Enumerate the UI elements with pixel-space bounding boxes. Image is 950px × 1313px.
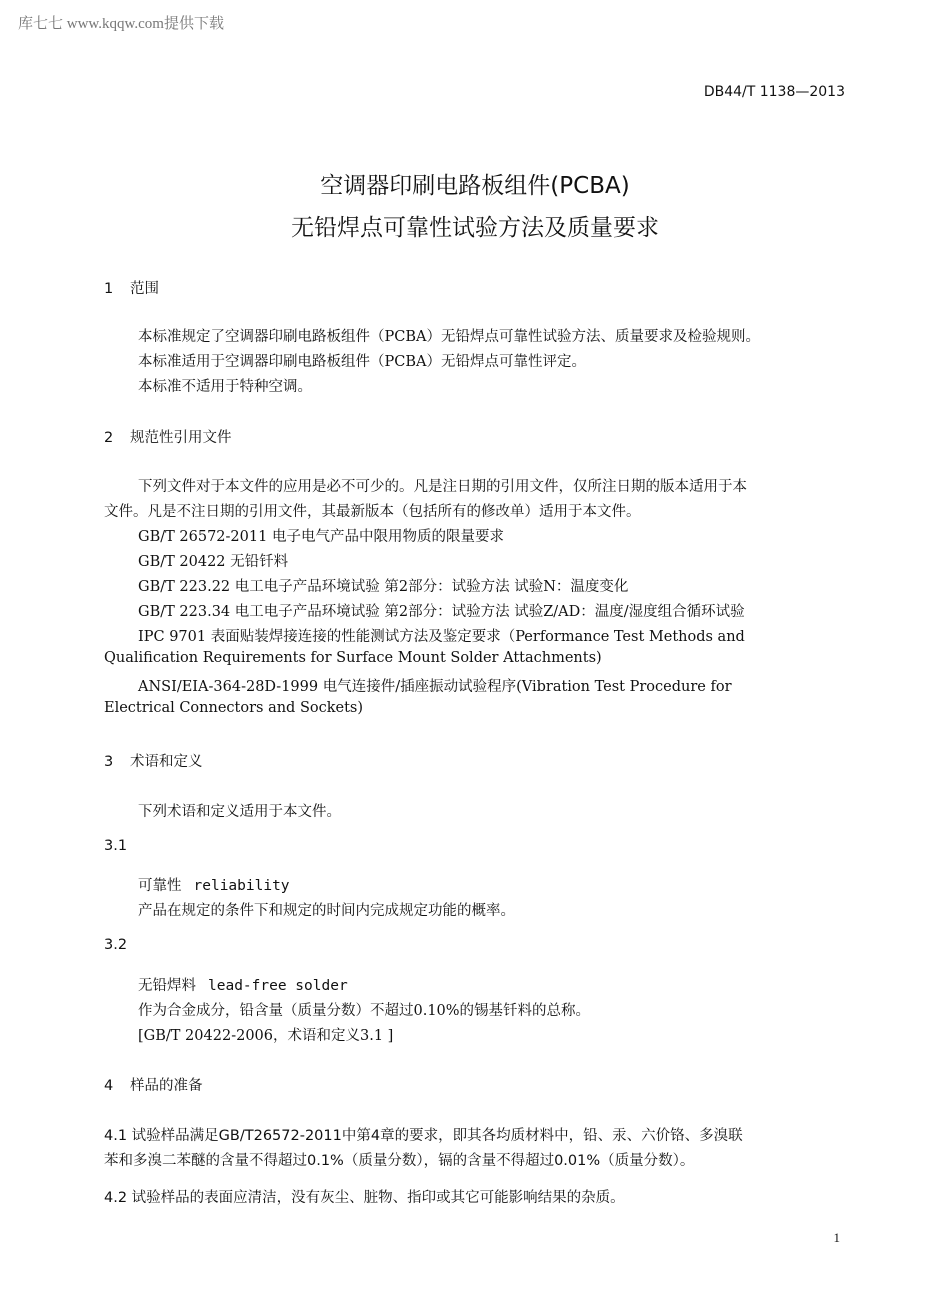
reference-item: GB/T 223.34 电工电子产品环境试验 第2部分：试验方法 试验Z/AD：… (138, 600, 745, 621)
section-number: 4 (104, 1078, 130, 1094)
section-number: 3 (104, 754, 130, 770)
document-number: DB44/T 1138—2013 (704, 84, 845, 100)
term-definition: 产品在规定的条件下和规定的时间内完成规定功能的概率。 (138, 899, 515, 920)
term-number: 3.2 (104, 937, 127, 953)
paragraph: 本标准适用于空调器印刷电路板组件（PCBA）无铅焊点可靠性评定。 (138, 350, 586, 371)
term-entry: 可靠性reliability (138, 874, 290, 895)
clause-4-2: 4.2 试验样品的表面应清洁，没有灰尘、脏物、指印或其它可能影响结果的杂质。 (104, 1186, 625, 1207)
term-english: reliability (194, 878, 290, 894)
clause-4-1-continuation: 苯和多溴二苯醚的含量不得超过0.1%（质量分数），镉的含量不得超过0.01%（质… (104, 1149, 694, 1170)
term-number: 3.1 (104, 838, 127, 854)
title-line-2: 无铅焊点可靠性试验方法及质量要求 (0, 209, 950, 242)
reference-item: GB/T 26572-2011 电子电气产品中限用物质的限量要求 (138, 525, 504, 546)
reference-item: GB/T 20422 无铅钎料 (138, 550, 288, 571)
section-number: 2 (104, 430, 130, 446)
section-title: 术语和定义 (130, 754, 203, 770)
section-number: 1 (104, 281, 130, 297)
title-line-1: 空调器印刷电路板组件(PCBA) (0, 167, 950, 200)
reference-item: ANSI/EIA-364-28D-1999 电气连接件/插座振动试验程序(Vib… (138, 675, 732, 696)
reference-item: GB/T 223.22 电工电子产品环境试验 第2部分：试验方法 试验N：温度变… (138, 575, 628, 596)
paragraph: 本标准不适用于特种空调。 (138, 375, 312, 396)
section-4-heading: 4样品的准备 (104, 1074, 203, 1095)
term-english: lead-free solder (208, 978, 348, 994)
reference-item-continuation: Electrical Connectors and Sockets) (104, 700, 363, 716)
section-3-heading: 3术语和定义 (104, 750, 203, 771)
paragraph: 下列术语和定义适用于本文件。 (138, 800, 341, 821)
reference-item: IPC 9701 表面贴装焊接连接的性能测试方法及鉴定要求（Performanc… (138, 625, 745, 646)
paragraph-continuation: 文件。凡是不注日期的引用文件，其最新版本（包括所有的修改单）适用于本文件。 (104, 500, 641, 521)
section-title: 样品的准备 (130, 1078, 203, 1094)
reference-item-continuation: Qualification Requirements for Surface M… (104, 650, 602, 666)
section-1-heading: 1范围 (104, 277, 159, 298)
term-entry: 无铅焊料lead-free solder (138, 974, 348, 995)
term-chinese: 无铅焊料 (138, 978, 196, 994)
term-chinese: 可靠性 (138, 878, 182, 894)
clause-4-1: 4.1 试验样品满足GB/T26572-2011中第4章的要求，即其各均质材料中… (104, 1124, 743, 1145)
section-2-heading: 2规范性引用文件 (104, 426, 232, 447)
watermark: 库七七 www.kqqw.com提供下载 (18, 12, 224, 33)
paragraph: 本标准规定了空调器印刷电路板组件（PCBA）无铅焊点可靠性试验方法、质量要求及检… (138, 325, 760, 346)
term-definition: 作为合金成分，铅含量（质量分数）不超过0.10%的锡基钎料的总称。 (138, 999, 590, 1020)
section-title: 范围 (130, 281, 159, 297)
paragraph: 下列文件对于本文件的应用是必不可少的。凡是注日期的引用文件，仅所注日期的版本适用… (138, 475, 747, 496)
term-source: [GB/T 20422-2006，术语和定义3.1 ] (138, 1024, 393, 1045)
page-number: 1 (834, 1230, 841, 1246)
section-title: 规范性引用文件 (130, 430, 232, 446)
